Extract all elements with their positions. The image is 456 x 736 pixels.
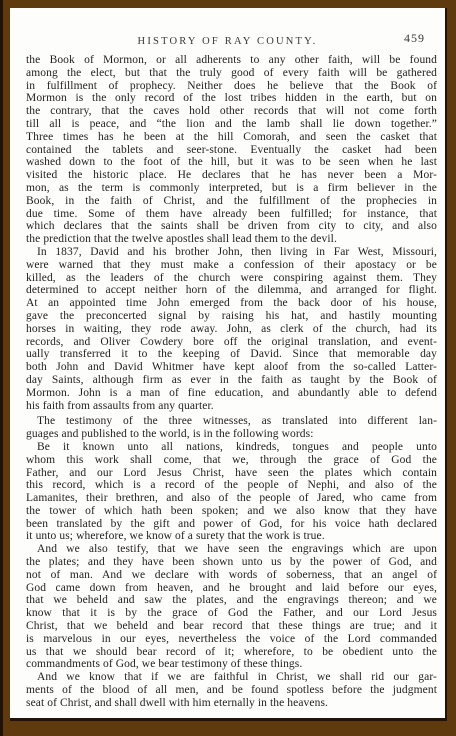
text-line: Book, in the faith of Christ, and the fu… — [26, 195, 437, 208]
text-line: And we know that if we are faithful in C… — [26, 671, 437, 684]
text-line: Christ, that we beheld and bear record t… — [26, 620, 437, 633]
text-line: The testimony of the three witnesses, as… — [26, 415, 437, 428]
book-page: HISTORY OF RAY COUNTY. 459 the Book of M… — [10, 8, 447, 721]
text-line: know that it is by the grace of God the … — [26, 607, 437, 620]
running-title: HISTORY OF RAY COUNTY. — [138, 36, 318, 47]
text-line: this record, which is a record of the pe… — [26, 479, 437, 492]
paragraph: the Book of Mormon, or all adherents to … — [26, 54, 437, 246]
text-line: Be it known unto all nations, kindreds, … — [26, 441, 437, 454]
text-line: visited the historic place. He declares … — [26, 169, 437, 182]
paragraph: And we know that if we are faithful in C… — [26, 671, 437, 709]
page-number: 459 — [404, 31, 425, 46]
text-line: been translated by the gift and power of… — [26, 518, 437, 531]
text-line: Mormon. John is a man of fine education,… — [26, 387, 437, 400]
text-line: records, and Oliver Cowdery bore off the… — [26, 336, 437, 349]
text-line: Mormon is the only record of the lost tr… — [26, 92, 437, 105]
text-line: mon, as the term is commonly interpreted… — [26, 182, 437, 195]
text-line: the prediction that the twelve apostles … — [26, 233, 437, 246]
text-line: commandments of God, we bear testimony o… — [26, 658, 437, 671]
text-line: day Saints, although firm as ever in the… — [26, 374, 437, 387]
text-line: among the elect, but that the truly good… — [26, 67, 437, 80]
paragraph: Be it known unto all nations, kindreds, … — [26, 441, 437, 543]
text-line: contained the tablets and seer-stone. Ev… — [26, 144, 437, 157]
text-line: till all is peace, and “the lion and the… — [26, 118, 437, 131]
text-line: due time. Some of them have already been… — [26, 208, 437, 221]
text-line: in fulfillment of prophecy. Neither does… — [26, 80, 437, 93]
text-line: Father, and our Lord Jesus Christ, have … — [26, 467, 437, 480]
text-line: were warned that they must make a confes… — [26, 259, 437, 272]
paragraph: In 1837, David and his brother John, the… — [26, 246, 437, 412]
paragraph: The testimony of the three witnesses, as… — [26, 415, 437, 441]
page-header: HISTORY OF RAY COUNTY. 459 — [28, 31, 427, 46]
text-line: Three times has he been at the hill Como… — [26, 131, 437, 144]
text-line: the Book of Mormon, or all adherents to … — [26, 54, 437, 67]
text-line: determined to accept neither horn of the… — [26, 284, 437, 297]
text-line: killed, as the leaders of the church wer… — [26, 272, 437, 285]
text-line: guages and published to the world, is in… — [26, 428, 437, 441]
text-line: seat of Christ, and shall dwell with him… — [26, 697, 437, 710]
text-line: both John and David Whitmer have kept al… — [26, 361, 437, 374]
text-line: whom this work shall come, that we, thro… — [26, 454, 437, 467]
text-line: At an appointed time John emerged from t… — [26, 297, 437, 310]
text-line: the plates; and they have been shown unt… — [26, 556, 437, 569]
text-line: washed down to the foot of the hill, but… — [26, 156, 437, 169]
text-line: not of man. And we declare with words of… — [26, 569, 437, 582]
text-line: horses in waiting, they rode away. John,… — [26, 323, 437, 336]
text-line: the tower of which hath been spoken; and… — [26, 505, 437, 518]
text-line: it unto us; wherefore, we know of a sure… — [26, 530, 437, 543]
page-body: the Book of Mormon, or all adherents to … — [26, 54, 437, 710]
text-line: us that we should bear record of it; whe… — [26, 646, 437, 659]
text-line: ually transferred it to the keeping of D… — [26, 348, 437, 361]
text-line: God came down from heaven, and he brough… — [26, 582, 437, 595]
text-line: And we also testify, that we have seen t… — [26, 543, 437, 556]
text-line: that we beheld and saw the plates, and t… — [26, 594, 437, 607]
text-line: the contrary, that the caves hold other … — [26, 105, 437, 118]
text-line: Lamanites, their brethren, and also of t… — [26, 492, 437, 505]
text-line: is marvelous in our eyes, nevertheless t… — [26, 633, 437, 646]
text-line: gave the preconcerted signal by raising … — [26, 310, 437, 323]
text-line: In 1837, David and his brother John, the… — [26, 246, 437, 259]
scanned-page-frame: HISTORY OF RAY COUNTY. 459 the Book of M… — [0, 0, 456, 736]
paragraph: And we also testify, that we have seen t… — [26, 543, 437, 671]
text-line: his faith from assaults from any quarter… — [26, 400, 437, 413]
text-line: which declares that the saints shall be … — [26, 220, 437, 233]
text-line: ments of the blood of all men, and be fo… — [26, 684, 437, 697]
